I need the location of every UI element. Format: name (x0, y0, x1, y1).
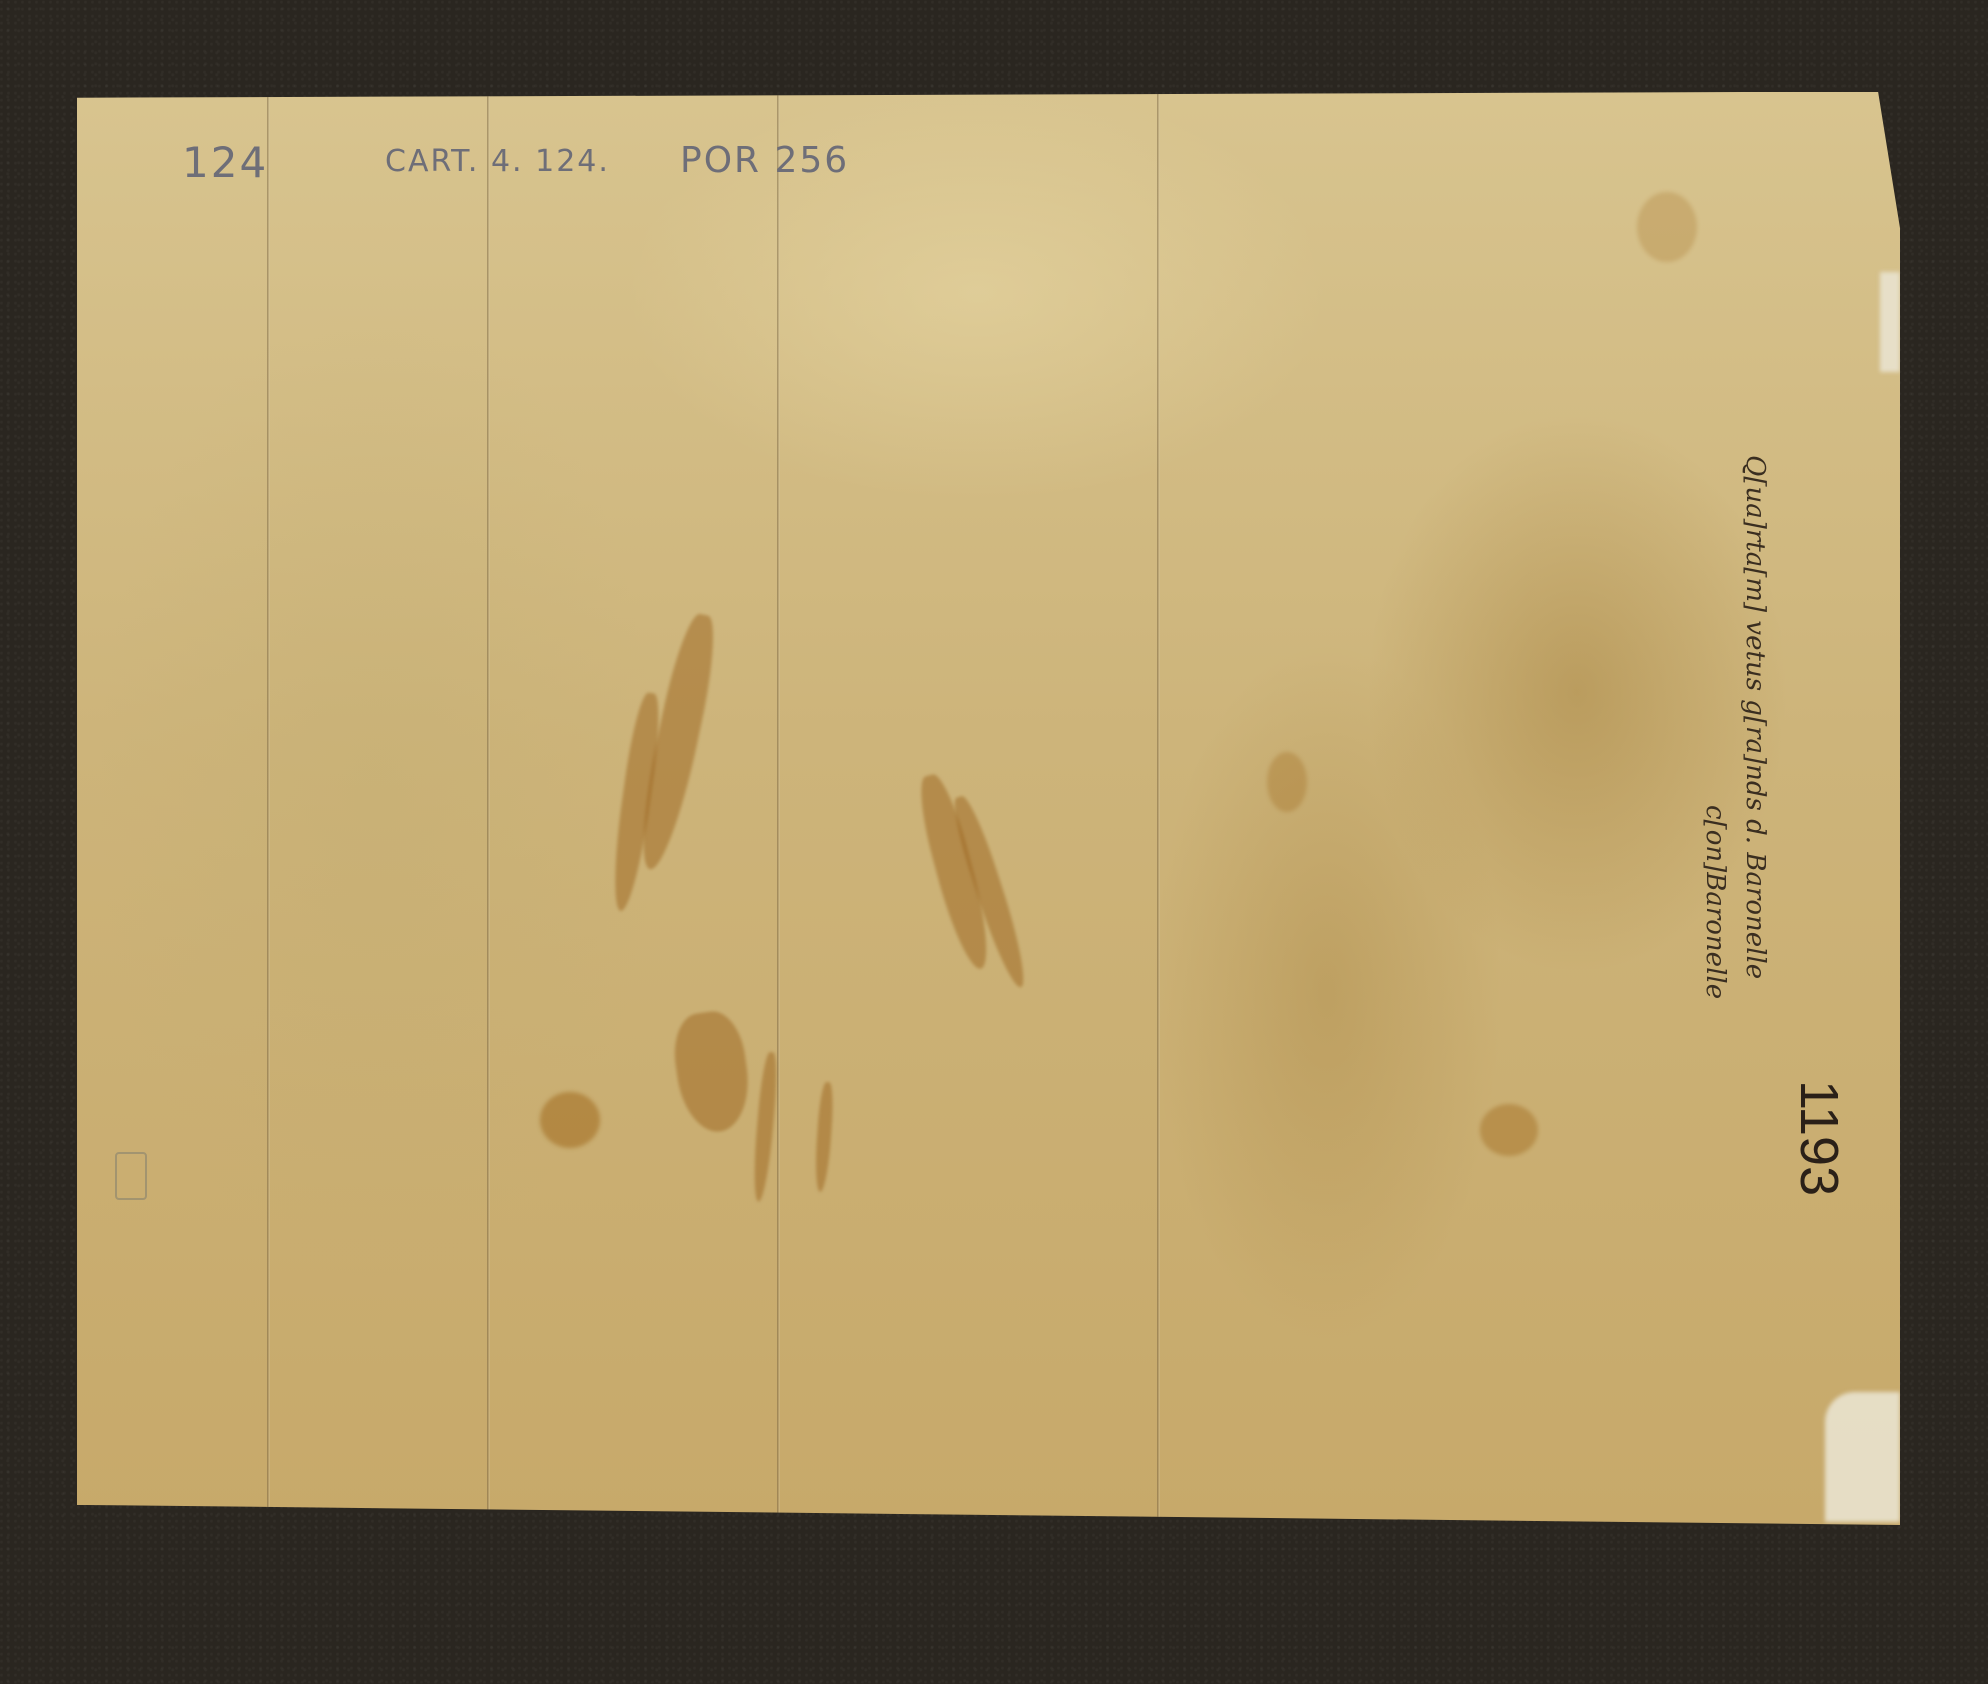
stain-streak (669, 1008, 755, 1137)
stain-blot (1267, 752, 1307, 812)
fold-line (487, 92, 490, 1525)
cartulary-reference-annotation: CART. 4. 124. (385, 144, 610, 179)
stain-streak (813, 1082, 835, 1193)
parchment-sheet (77, 92, 1900, 1525)
repair-patch (1880, 272, 1900, 372)
shelfmark-annotation: POR 256 (680, 140, 849, 181)
date-annotation: 1193 (1788, 1080, 1850, 1196)
stain-blot (1480, 1104, 1538, 1156)
stain-streak (750, 1052, 779, 1203)
fold-line (1157, 92, 1160, 1525)
repair-patch (1825, 1392, 1900, 1522)
item-number-annotation: 124 (182, 138, 268, 187)
dorsal-note-line-1: Q[ua]rta[m] vetus g[ra]nds d. Baronelle (1740, 455, 1770, 979)
archive-stamp (115, 1152, 147, 1200)
dorsal-note-line-2: c[on]Baronelle (1700, 805, 1730, 999)
stain-blot (540, 1092, 600, 1148)
stain-blot (1637, 192, 1697, 262)
fold-line (777, 92, 780, 1525)
fold-line (267, 92, 270, 1525)
